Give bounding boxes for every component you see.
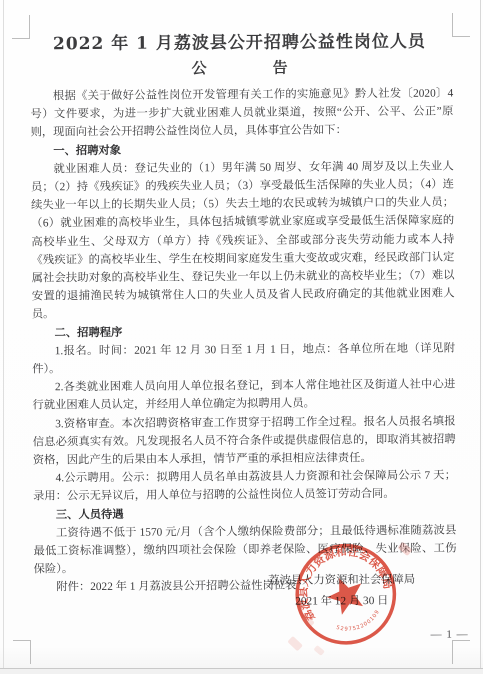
scan-margin-bottom xyxy=(0,669,483,674)
procedure-step-4: 4.公示聘用。公示：拟聘用人员名单由荔波县人力资源和社会保障局公示 7 天；录用… xyxy=(33,467,456,506)
scan-edge-left xyxy=(3,0,4,674)
section-1-paragraph: 就业困难人员：登记失业的（1）男年满 50 周岁、女年满 40 周岁及以上失业人… xyxy=(31,157,455,324)
scanned-page: 2022 年 1 月荔波县公开招聘公益性岗位人员 公告 根据《关于做好公益性岗位… xyxy=(0,0,483,674)
scan-edge-right xyxy=(480,0,481,674)
intro-paragraph: 根据《关于做好公益性岗位开发管理有关工作的实施意见》黔人社发〔2020〕4 号）… xyxy=(30,85,453,143)
svg-text:529752200109: 529752200109 xyxy=(334,607,385,639)
procedure-step-2: 2.各类就业困难人员向用人单位报名登记，到本人常住地社区及街道人社中心进行就业困… xyxy=(32,376,455,415)
document-body: 根据《关于做好公益性岗位开发管理有关工作的实施意见》黔人社发〔2020〕4 号）… xyxy=(30,85,457,598)
document-content: 2022 年 1 月荔波县公开招聘公益性岗位人员 公告 根据《关于做好公益性岗位… xyxy=(0,0,483,674)
document-subtitle: 公告 xyxy=(0,55,481,79)
subtitle-char-gong: 公 xyxy=(192,57,207,78)
document-title: 2022 年 1 月荔波县公开招聘公益性岗位人员 xyxy=(18,26,461,54)
procedure-step-3: 3.资格审查。本次招聘资格审查工作贯穿于招聘工作全过程。报名人员报名填报信息必须… xyxy=(33,412,456,470)
page-number: — 1 — xyxy=(422,628,477,640)
seal-code-text: 529752200109 xyxy=(334,607,385,639)
seal-star-icon xyxy=(322,571,370,618)
procedure-step-1: 1.报名。时间：2021 年 12 月 30 日至 1 月 1 日，地点：各单位… xyxy=(32,339,455,378)
ink-bleed-artifact xyxy=(287,636,303,651)
subtitle-char-gao: 告 xyxy=(273,59,288,77)
